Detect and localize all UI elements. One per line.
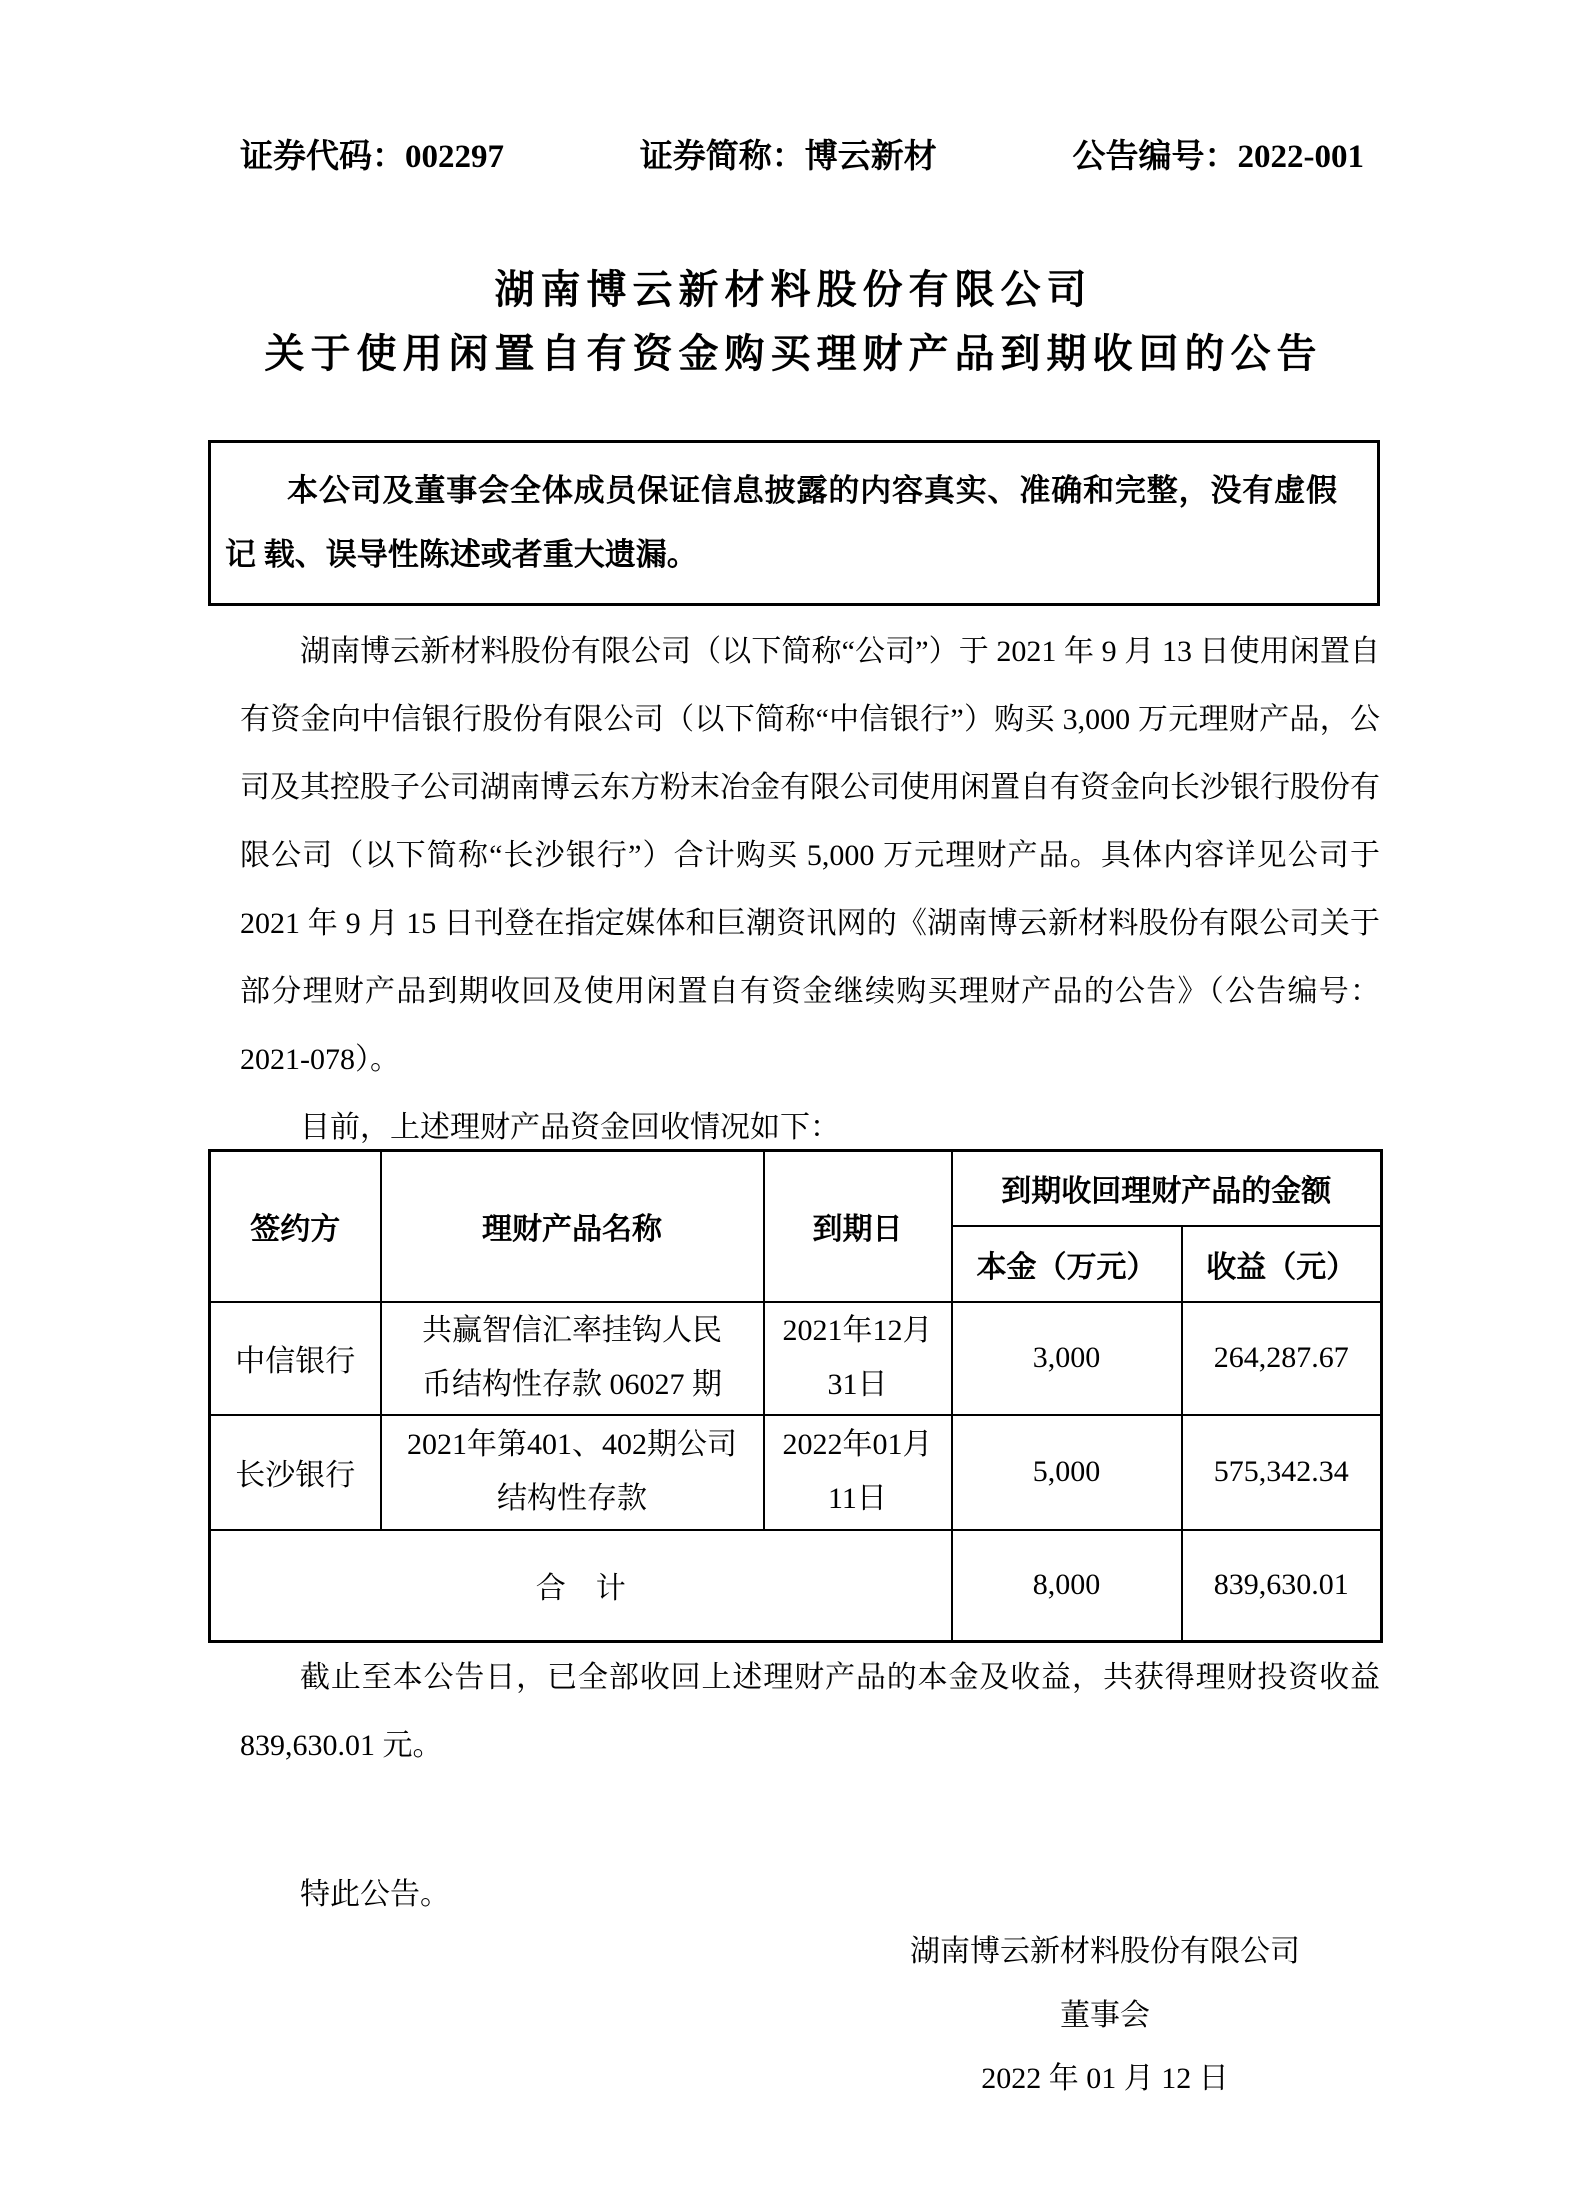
table-header-row-1: 签约方 理财产品名称 到期日 到期收回理财产品的金额 bbox=[210, 1151, 1382, 1226]
body-paragraph-1: 湖南博云新材料股份有限公司（以下简称“公司”）于 2021 年 9 月 13 日… bbox=[240, 618, 1380, 1094]
page-title-subject: 关于使用闲置自有资金购买理财产品到期收回的公告 bbox=[0, 322, 1587, 379]
signature-date: 2022 年 01 月 12 日 bbox=[795, 2053, 1415, 2097]
total-principal: 8,000 bbox=[952, 1530, 1182, 1642]
cell-party: 中信银行 bbox=[210, 1302, 381, 1415]
total-income: 839,630.01 bbox=[1182, 1530, 1382, 1642]
cell-party: 长沙银行 bbox=[210, 1415, 381, 1530]
table-row: 长沙银行 2021年第401、402期公司 结构性存款 2022年01月 11日… bbox=[210, 1415, 1382, 1530]
signature-board: 董事会 bbox=[795, 1990, 1415, 2034]
cell-income: 575,342.34 bbox=[1182, 1415, 1382, 1530]
cell-product: 共赢智信汇率挂钩人民 币结构性存款 06027 期 bbox=[381, 1302, 764, 1415]
closing-statement: 特此公告。 bbox=[240, 1861, 1380, 1929]
total-label: 合 计 bbox=[210, 1530, 952, 1642]
cell-principal: 5,000 bbox=[952, 1415, 1182, 1530]
header-income: 收益（元） bbox=[1182, 1226, 1382, 1302]
body-paragraph-3: 截止至本公告日，已全部收回上述理财产品的本金及收益，共获得理财投资收益 839,… bbox=[240, 1644, 1380, 1780]
cell-principal: 3,000 bbox=[952, 1302, 1182, 1415]
stock-code: 证券代码：002297 bbox=[240, 130, 504, 177]
header-maturity: 到期日 bbox=[764, 1151, 952, 1302]
cell-product: 2021年第401、402期公司 结构性存款 bbox=[381, 1415, 764, 1530]
announcement-page: 证券代码：002297 证券简称：博云新材 公告编号：2022-001 湖南博云… bbox=[0, 0, 1587, 2199]
doc-header: 证券代码：002297 证券简称：博云新材 公告编号：2022-001 bbox=[240, 130, 1364, 177]
disclaimer-box: 本公司及董事会全体成员保证信息披露的内容真实、准确和完整，没有虚假记 载、误导性… bbox=[208, 440, 1380, 606]
header-amount-group: 到期收回理财产品的金额 bbox=[952, 1151, 1382, 1226]
table-row: 中信银行 共赢智信汇率挂钩人民 币结构性存款 06027 期 2021年12月 … bbox=[210, 1302, 1382, 1415]
maturity-table: 签约方 理财产品名称 到期日 到期收回理财产品的金额 本金（万元） 收益（元） … bbox=[208, 1149, 1383, 1643]
header-product: 理财产品名称 bbox=[381, 1151, 764, 1302]
cell-maturity: 2021年12月 31日 bbox=[764, 1302, 952, 1415]
table-total-row: 合 计 8,000 839,630.01 bbox=[210, 1530, 1382, 1642]
stock-abbr: 证券简称：博云新材 bbox=[640, 130, 937, 177]
page-title-company: 湖南博云新材料股份有限公司 bbox=[0, 258, 1587, 315]
signature-company: 湖南博云新材料股份有限公司 bbox=[795, 1926, 1415, 1970]
header-party: 签约方 bbox=[210, 1151, 381, 1302]
header-principal: 本金（万元） bbox=[952, 1226, 1182, 1302]
cell-maturity: 2022年01月 11日 bbox=[764, 1415, 952, 1530]
cell-income: 264,287.67 bbox=[1182, 1302, 1382, 1415]
disclaimer-text: 本公司及董事会全体成员保证信息披露的内容真实、准确和完整，没有虚假记 载、误导性… bbox=[225, 459, 1337, 587]
announcement-number: 公告编号：2022-001 bbox=[1073, 130, 1365, 177]
